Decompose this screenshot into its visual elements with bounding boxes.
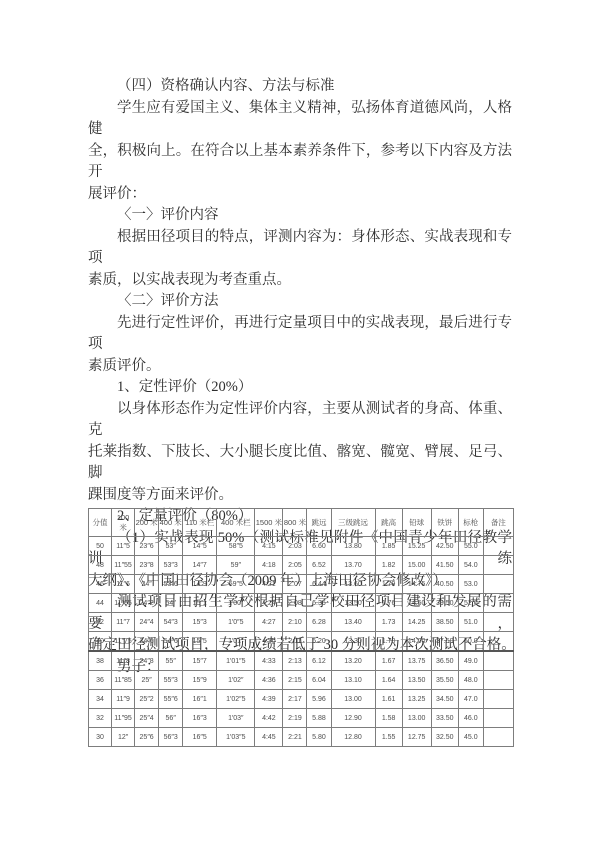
table-cell: 1′01″ [217,632,255,652]
table-cell: 24″6 [135,632,159,652]
table-row: 3411″925″255″616″11′02″54:392:175.9613.0… [89,690,514,709]
table-cell: 13.75 [402,651,431,671]
text-line: 全，积极向上。在符合以上基本素养条件下，参考以下内容及方法开 [88,141,512,184]
table-cell: 45.0 [458,728,483,747]
table-cell: 16″5 [183,728,217,747]
table-cell: 40.50 [431,575,458,594]
table-cell [483,537,513,556]
table-cell: 40 [89,632,112,652]
table-cell: 36.50 [431,651,458,671]
table-cell: 24″4 [135,613,159,632]
column-header: 400 米栏 [217,509,255,537]
table-cell: 6.12 [307,651,331,671]
text-line: （四）资格确认内容、方法与标准 [88,76,512,98]
table-cell: 14.50 [402,594,431,613]
text-line: 以身体形态作为定性评价内容，主要从测试者的身高、体重、克 [88,399,512,442]
table-cell: 58″5 [217,537,255,556]
table-cell: 11″6 [112,575,135,594]
table-cell [483,651,513,671]
table-cell [483,575,513,594]
table-cell: 15″7 [183,651,217,671]
column-header: 跳远 [307,509,331,537]
table-cell: 35.50 [431,671,458,690]
table-cell: 24″ [135,575,159,594]
table-cell: 13.80 [331,537,375,556]
table-cell: 6.36 [307,594,331,613]
table-cell: 2:10 [283,613,307,632]
table-cell: 54″ [159,594,183,613]
table-cell: 4:27 [255,613,283,632]
table-cell: 11″55 [112,556,135,575]
table-cell: 25″6 [135,728,159,747]
table-row: 4211″724″454″315″31′0″54:272:106.2813.40… [89,613,514,632]
table-cell: 16″1 [183,690,217,709]
table-cell: 53″ [159,537,183,556]
text-line: 素质评价。 [88,356,512,378]
table-cell: 23″8 [135,556,159,575]
table-cell: 52.0 [458,594,483,613]
table-cell: 14.00 [402,632,431,652]
table-cell: 14″7 [183,556,217,575]
table-cell: 2:08 [283,594,307,613]
table-cell: 1′0″5 [217,613,255,632]
text-line: 踝围度等方面来评价。 [88,485,512,507]
table-cell: 15.25 [402,537,431,556]
table-cell: 42.50 [431,537,458,556]
table-cell: 2:07 [283,575,307,594]
table-cell [483,632,513,652]
table-cell: 4:21 [255,575,283,594]
table-cell: 11″7 [112,613,135,632]
table-cell [483,671,513,690]
table-cell: 11″75 [112,632,135,652]
table-cell [483,594,513,613]
table-cell: 56″3 [159,728,183,747]
table-cell: 24″2 [135,594,159,613]
table-cell: 13.10 [331,671,375,690]
table-cell: 32.50 [431,728,458,747]
table-cell: 53″3 [159,556,183,575]
column-header: 800 米 [283,509,307,537]
table-cell: 55″3 [159,671,183,690]
table-cell: 33.50 [431,709,458,728]
table-cell: 4:36 [255,671,283,690]
text-line: 先进行定性评价，再进行定量项目中的实战表现，最后进行专项 [88,313,512,356]
table-cell: 23″6 [135,537,159,556]
text-line: 托莱指数、下肢长、大小腿长度比值、髂宽、髋宽、臂展、足弓、脚 [88,442,512,485]
table-cell: 32 [89,709,112,728]
table-cell: 1′02″5 [217,690,255,709]
column-header: 200 米 [135,509,159,537]
table-cell: 46.0 [458,709,483,728]
table-cell: 2:15 [283,671,307,690]
table-cell: 1′03″5 [217,728,255,747]
column-header: 100 米 [112,509,135,537]
table-cell: 38.50 [431,613,458,632]
table-cell: 47.0 [458,690,483,709]
table-cell: 11″5 [112,537,135,556]
table-cell [483,613,513,632]
table-cell: 1′01″5 [217,651,255,671]
column-header: 分值 [89,509,112,537]
table-cell: 14″5 [183,537,217,556]
column-header: 跳高 [375,509,402,537]
table-cell: 2:13 [283,651,307,671]
table-cell: 56″ [159,709,183,728]
table-cell: 13.60 [331,575,375,594]
table-row: 3211″9525″456″16″31′03″4:422:195.8812.90… [89,709,514,728]
table-cell: 13.25 [402,690,431,709]
table-cell: 55″ [159,651,183,671]
table-cell: 55.0 [458,537,483,556]
table-row: 3012″25″656″316″51′03″54:452:215.8012.80… [89,728,514,747]
column-header: 铁饼 [431,509,458,537]
table-cell: 13.70 [331,556,375,575]
table-cell: 4:42 [255,709,283,728]
table-cell: 48 [89,556,112,575]
table-cell: 1.70 [375,632,402,652]
table-cell: 15″3 [183,613,217,632]
mens-track-score-table: 分值100 米200 米400 米110 米栏400 米栏1500 米800 米… [88,508,514,747]
column-header: 备注 [483,509,513,537]
document-page: （四）资格确认内容、方法与标准学生应有爱国主义、集体主义精神，弘扬体育道德风尚，… [0,0,600,841]
table-cell: 2:05 [283,556,307,575]
table-cell: 14.25 [402,613,431,632]
table-cell: 53.0 [458,575,483,594]
table-cell: 54″6 [159,632,183,652]
table-cell: 24″8 [135,651,159,671]
table-cell: 1.73 [375,613,402,632]
table-cell: 48.0 [458,671,483,690]
table-row: 3811″824″855″15″71′01″54:332:136.1213.20… [89,651,514,671]
table-cell: 5.96 [307,690,331,709]
table-cell: 13.50 [331,594,375,613]
table-cell [483,728,513,747]
table-cell: 46 [89,575,112,594]
column-header: 三级跳远 [331,509,375,537]
table-cell: 1.61 [375,690,402,709]
table-cell: 13.40 [331,613,375,632]
table-cell: 6.44 [307,575,331,594]
table-row: 4411″6524″254″15″11′00″4:242:086.3613.50… [89,594,514,613]
column-header: 铅球 [402,509,431,537]
table-cell: 11″9 [112,690,135,709]
table-cell: 12″ [112,728,135,747]
table-cell: 12.75 [402,728,431,747]
text-line: 展评价： [88,184,512,206]
table-cell: 55″6 [159,690,183,709]
table-cell: 1.67 [375,651,402,671]
table-cell: 25″ [135,671,159,690]
table-cell: 2:17 [283,690,307,709]
table-cell: 30 [89,728,112,747]
table-cell: 50.0 [458,632,483,652]
table-cell: 15.00 [402,556,431,575]
table-cell: 4:33 [255,651,283,671]
column-header: 110 米栏 [183,509,217,537]
table-cell: 11″85 [112,671,135,690]
table-cell: 15″1 [183,594,217,613]
column-header: 标枪 [458,509,483,537]
table-cell: 44 [89,594,112,613]
text-line: 素质，以实战表现为考查重点。 [88,270,512,292]
table-cell: 16″3 [183,709,217,728]
table-row: 3611″8525″55″315″91′02″4:362:156.0413.10… [89,671,514,690]
text-line: 〈二〉评价方法 [88,291,512,313]
table-cell: 42 [89,613,112,632]
table-cell: 49.0 [458,651,483,671]
table-cell: 25″4 [135,709,159,728]
table-row: 4811″5523″853″314″759″4:182:056.5213.701… [89,556,514,575]
table-cell: 11″8 [112,651,135,671]
table-cell: 4:15 [255,537,283,556]
table-cell: 1.58 [375,709,402,728]
table-cell: 6.60 [307,537,331,556]
table-cell: 51.0 [458,613,483,632]
table-cell: 14.75 [402,575,431,594]
table-cell: 36 [89,671,112,690]
table-cell: 11″95 [112,709,135,728]
table-cell: 53″6 [159,575,183,594]
table-cell: 5.80 [307,728,331,747]
table-cell: 1.82 [375,556,402,575]
table-cell: 13.00 [402,709,431,728]
table-cell: 2:19 [283,709,307,728]
table-cell: 38 [89,651,112,671]
table-cell: 13.50 [402,671,431,690]
column-header: 400 米 [159,509,183,537]
table-cell: 1.79 [375,575,402,594]
table-cell: 5.88 [307,709,331,728]
table-cell: 1.76 [375,594,402,613]
table-cell: 2:03 [283,537,307,556]
table-cell: 4:39 [255,690,283,709]
table-cell: 50 [89,537,112,556]
table-cell: 4:24 [255,594,283,613]
table-cell: 4:30 [255,632,283,652]
table-cell: 15″5 [183,632,217,652]
table-cell: 1.85 [375,537,402,556]
table-row: 4011″7524″654″615″51′01″4:302:116.2013.3… [89,632,514,652]
table-cell: 34.50 [431,690,458,709]
table-cell: 1′02″ [217,671,255,690]
table-cell: 1.64 [375,671,402,690]
table-cell [483,556,513,575]
text-line: 学生应有爱国主义、集体主义精神，弘扬体育道德风尚，人格健 [88,98,512,141]
table-cell: 14″9 [183,575,217,594]
table-cell: 12.80 [331,728,375,747]
table-cell: 1.55 [375,728,402,747]
table-cell: 11″65 [112,594,135,613]
table-cell [483,690,513,709]
text-line: 1、定性评价（20%） [88,377,512,399]
table-cell: 1′00″ [217,594,255,613]
table-cell: 59″5 [217,575,255,594]
table-cell: 39.50 [431,594,458,613]
table-cell: 2:21 [283,728,307,747]
table-row: 4611″624″53″614″959″54:212:076.4413.601.… [89,575,514,594]
table-cell: 4:18 [255,556,283,575]
table-body: 5011″523″653″14″558″54:152:036.6013.801.… [89,537,514,747]
table-header-row: 分值100 米200 米400 米110 米栏400 米栏1500 米800 米… [89,509,514,537]
table-cell: 59″ [217,556,255,575]
table-cell: 13.20 [331,651,375,671]
table-cell: 15″9 [183,671,217,690]
table-cell [483,709,513,728]
table-cell: 41.50 [431,556,458,575]
table-row: 5011″523″653″14″558″54:152:036.6013.801.… [89,537,514,556]
column-header: 1500 米 [255,509,283,537]
table-cell: 37.50 [431,632,458,652]
table-cell: 6.04 [307,671,331,690]
table-cell: 54″3 [159,613,183,632]
table-cell: 25″2 [135,690,159,709]
text-line: 〈一〉评价内容 [88,205,512,227]
table-cell: 12.90 [331,709,375,728]
table-cell: 54.0 [458,556,483,575]
text-line: 根据田径项目的特点，评测内容为：身体形态、实战表现和专项 [88,227,512,270]
table-cell: 34 [89,690,112,709]
table-cell: 13.30 [331,632,375,652]
table-cell: 6.20 [307,632,331,652]
table-cell: 2:11 [283,632,307,652]
table-cell: 6.28 [307,613,331,632]
table-cell: 1′03″ [217,709,255,728]
table-cell: 4:45 [255,728,283,747]
table-cell: 6.52 [307,556,331,575]
table-cell: 13.00 [331,690,375,709]
